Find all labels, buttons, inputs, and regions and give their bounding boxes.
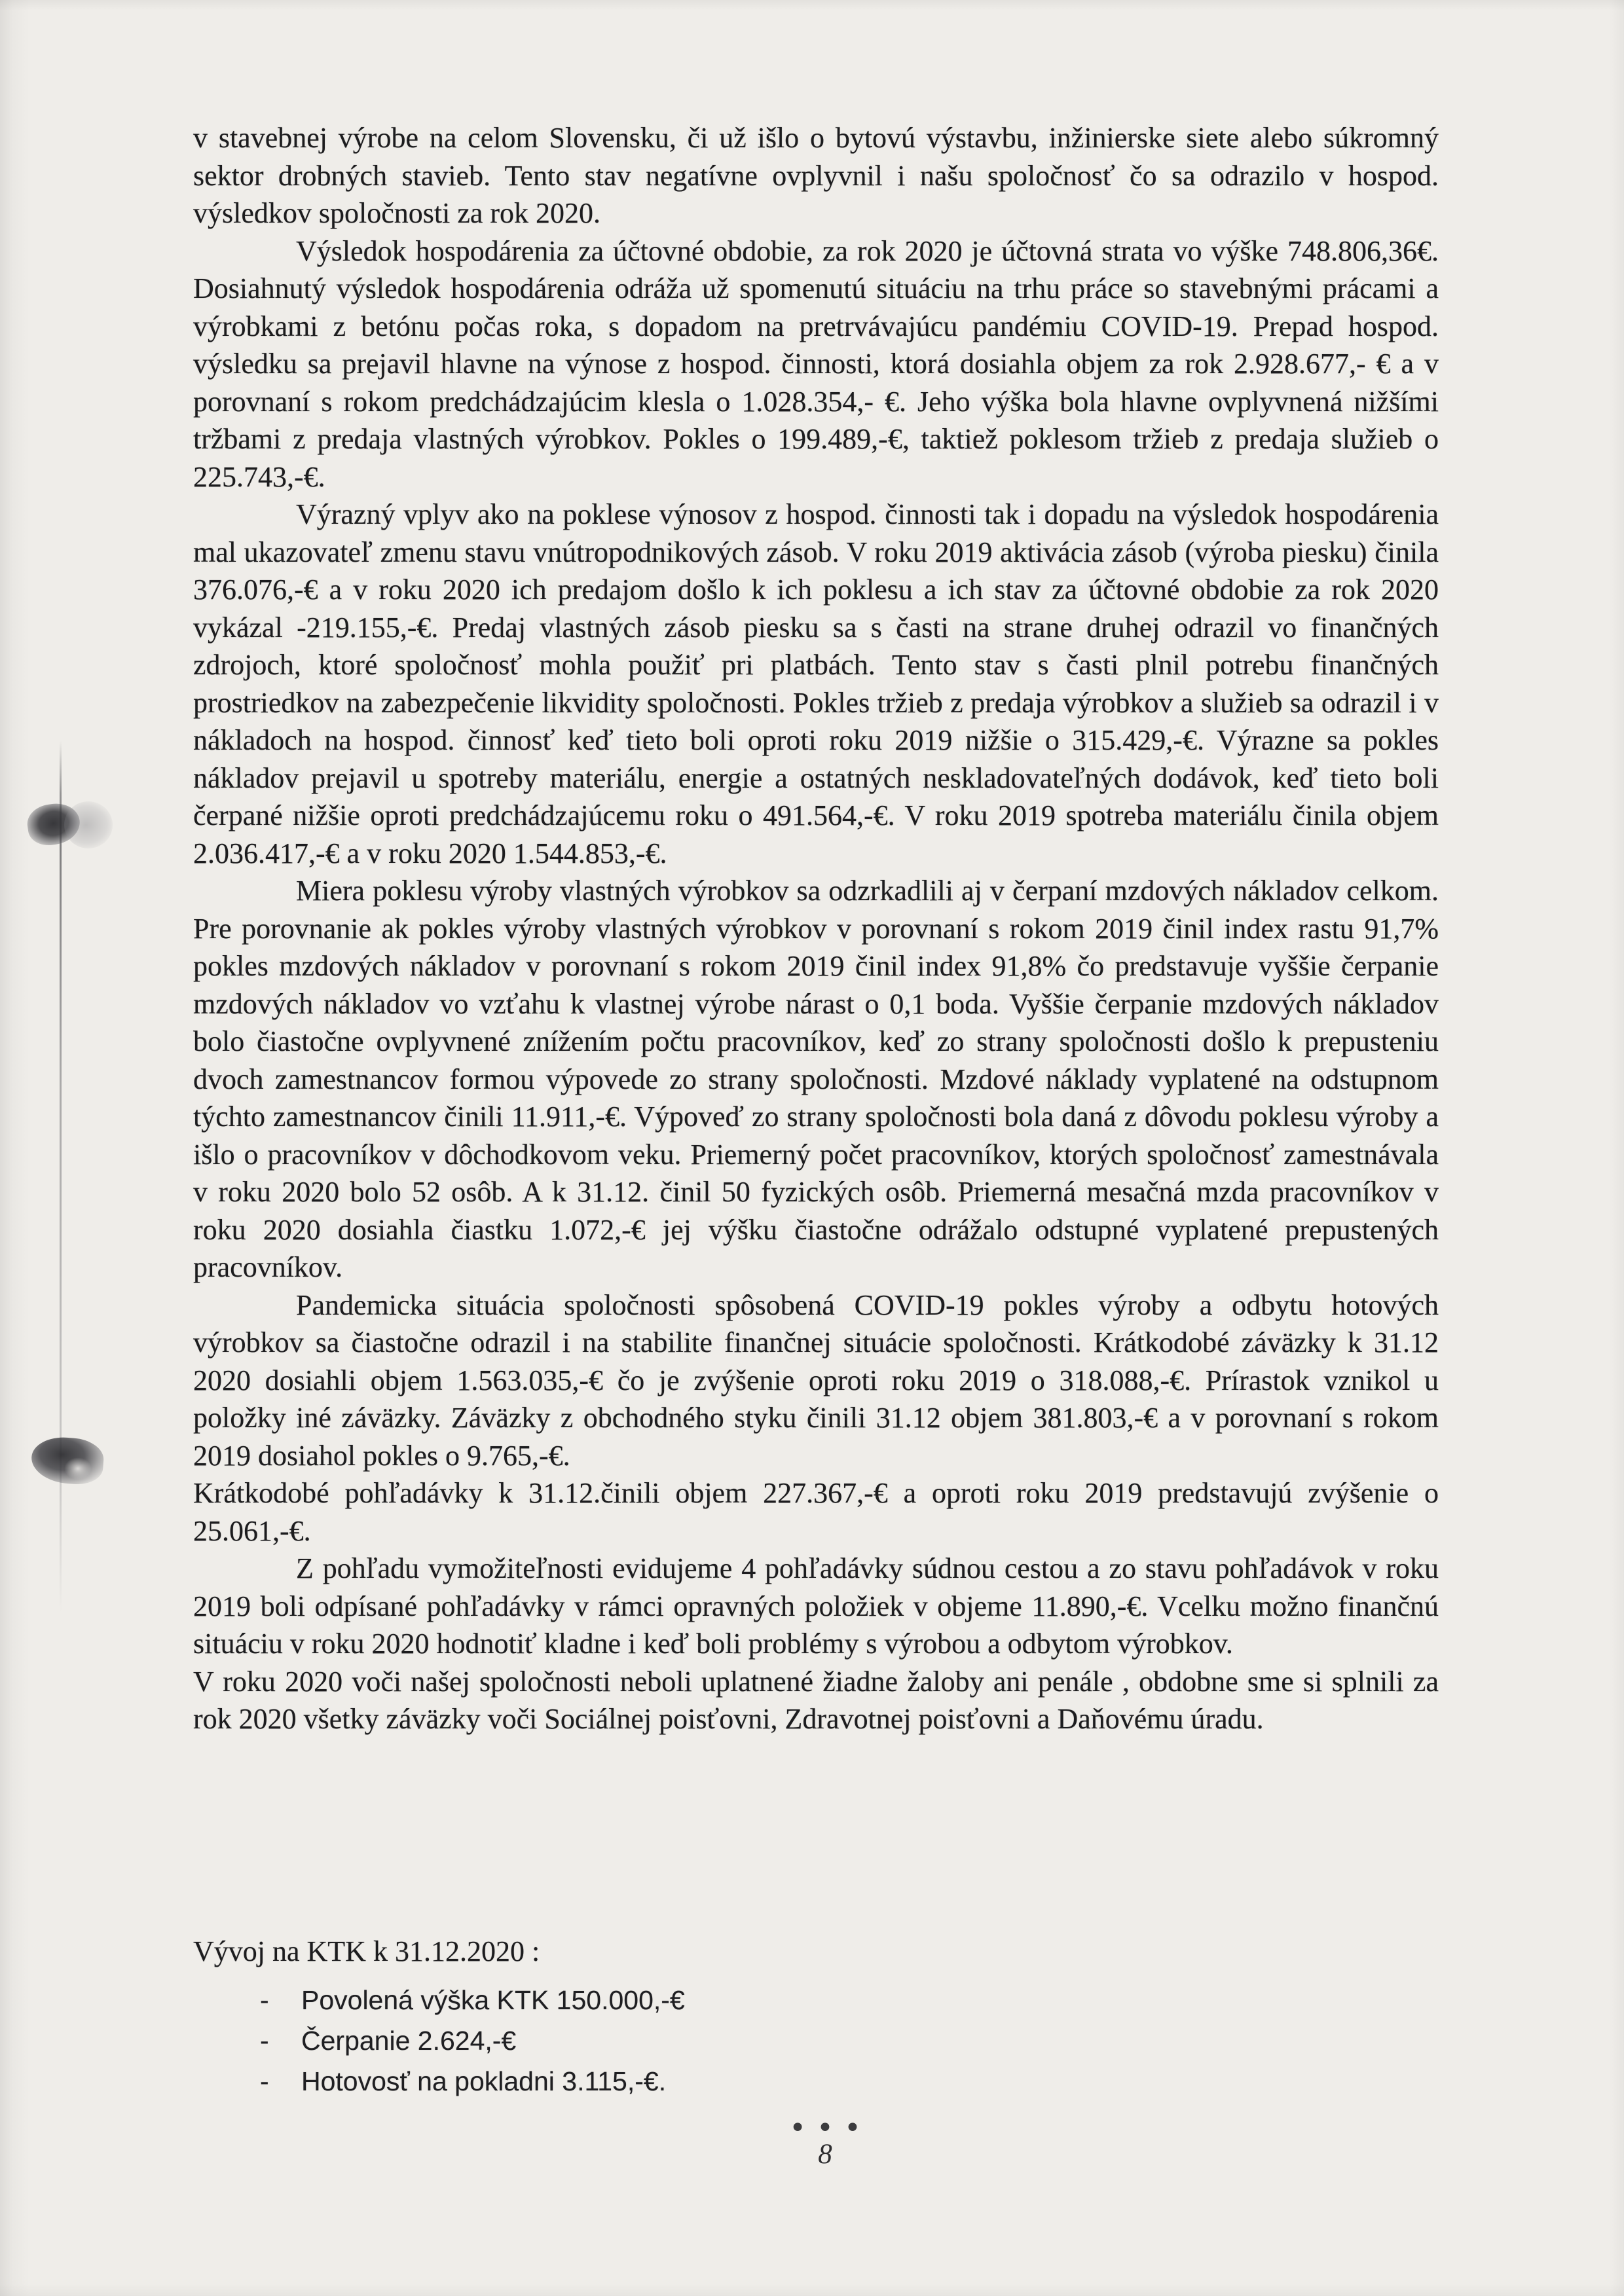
ktk-list: - Povolená výška KTK 150.000,-€ - Čerpan… (193, 1980, 1439, 2102)
list-item-label: Čerpanie 2.624,-€ (301, 2026, 516, 2056)
paragraph-wages: Miera poklesu výroby vlastných výrobkov … (193, 872, 1439, 1286)
paragraph-receivables: Krátkodobé pohľadávky k 31.12.činili obj… (193, 1474, 1439, 1550)
paragraph-obligations: V roku 2020 voči našej spoločnosti nebol… (193, 1663, 1439, 1738)
paragraph-pandemic-liabilities: Pandemicka situácia spoločnosti spôsoben… (193, 1286, 1439, 1475)
ink-blob-top-halo (64, 801, 113, 848)
bullet-dash: - (260, 1980, 269, 2020)
bullet-dash: - (260, 2020, 269, 2061)
document-body: v stavebnej výrobe na celom Slovensku, č… (193, 119, 1439, 1738)
ktk-heading: Vývoj na KTK k 31.12.2020 : (193, 1933, 1439, 1971)
scanned-page: v stavebnej výrobe na celom Slovensku, č… (0, 0, 1624, 2296)
list-item: - Povolená výška KTK 150.000,-€ (193, 1980, 1439, 2020)
ktk-section: Vývoj na KTK k 31.12.2020 : - Povolená v… (193, 1933, 1439, 2102)
list-item: - Čerpanie 2.624,-€ (193, 2020, 1439, 2061)
list-item-label: Povolená výška KTK 150.000,-€ (301, 1985, 685, 2015)
bullet-dash: - (260, 2061, 269, 2102)
paragraph-result-2020: Výsledok hospodárenia za účtovné obdobie… (193, 232, 1439, 496)
page-number: 8 (681, 2140, 969, 2170)
page-footer: ••• 8 (681, 2119, 969, 2170)
ink-blob-bottom-highlight (64, 1457, 92, 1480)
list-item: - Hotovosť na pokladni 3.115,-€. (193, 2061, 1439, 2102)
footer-dots: ••• (681, 2119, 969, 2138)
paragraph-inventory: Výrazný vplyv ako na poklese výnosov z h… (193, 496, 1439, 872)
paragraph-continuation: v stavebnej výrobe na celom Slovensku, č… (193, 119, 1439, 232)
paragraph-enforceability: Z pohľadu vymožiteľnosti evidujeme 4 poh… (193, 1550, 1439, 1663)
list-item-label: Hotovosť na pokladni 3.115,-€. (301, 2066, 666, 2096)
